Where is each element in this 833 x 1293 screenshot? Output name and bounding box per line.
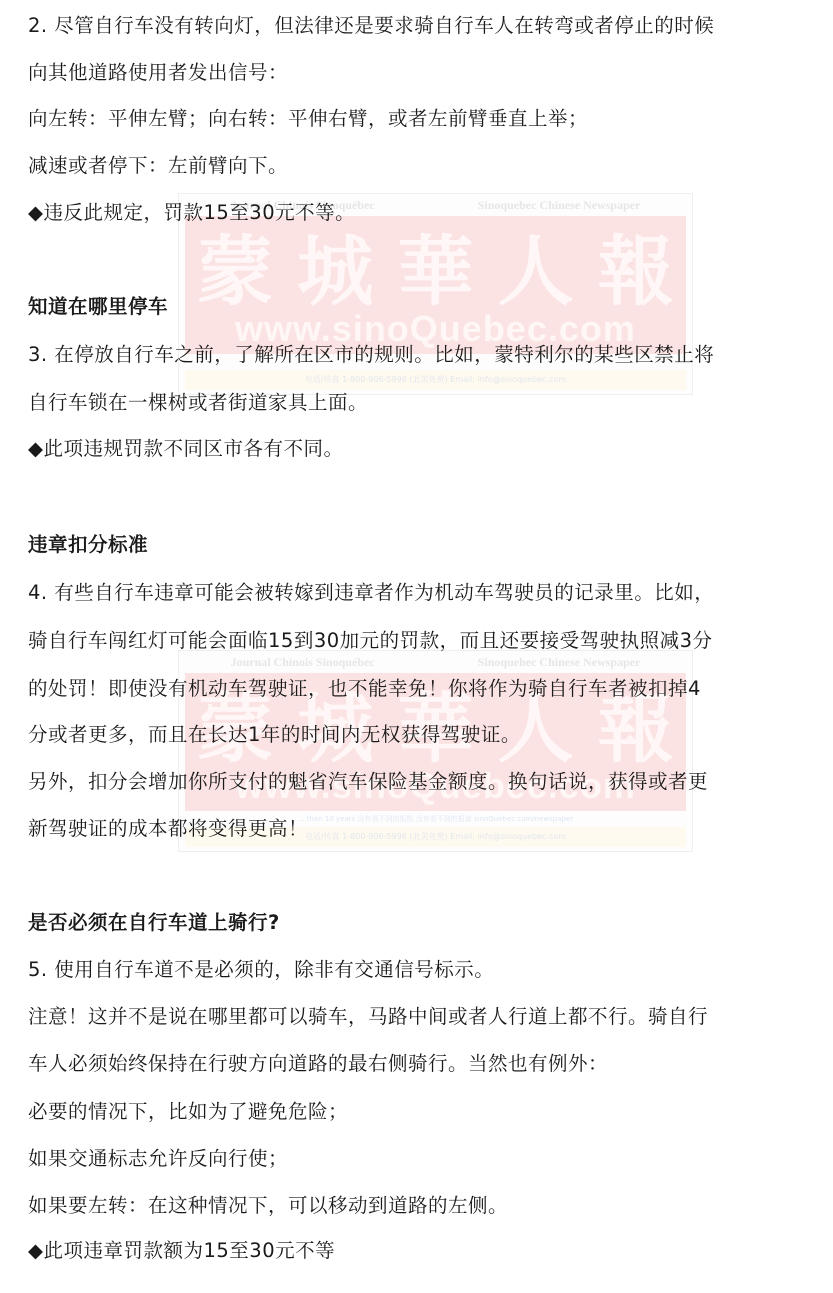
paragraph-line: 4. 有些自行车违章可能会被转嫁到违章者作为机动车驾驶员的记录里。比如， xyxy=(28,580,714,606)
watermark-logo-band: 蒙 城 華 人 報 www.sinoQuebec.com xyxy=(185,216,686,354)
watermark-char: 城 xyxy=(297,211,373,320)
paragraph-line: 骑自行车闯红灯可能会面临15到30加元的罚款，而且还要接受驾驶执照减3分 xyxy=(28,628,713,654)
paragraph-line: 新驾驶证的成本都将变得更高！ xyxy=(28,816,308,842)
paragraph-line: 3. 在停放自行车之前，了解所在区市的规则。比如，蒙特利尔的某些区禁止将 xyxy=(28,342,714,368)
paragraph-line: 注意！这并不是说在哪里都可以骑车，马路中间或者人行道上都不行。骑自行 xyxy=(28,1004,708,1030)
watermark-contact-line: 电话/传真 1-800-906-5996 (北美免费) Email: info@… xyxy=(185,370,686,390)
paragraph-line: 如果要左转：在这种情况下，可以移动到道路的左侧。 xyxy=(28,1193,508,1219)
section-heading-demerit-points: 违章扣分标准 xyxy=(28,532,148,558)
paragraph-line: 如果交通标志允许反向行使； xyxy=(28,1146,288,1172)
paragraph-line: 5. 使用自行车道不是必须的，除非有交通信号标示。 xyxy=(28,957,494,983)
watermark-char: 華 xyxy=(397,211,473,320)
fine-note: ◆违反此规定，罚款15至30元不等。 xyxy=(28,200,355,226)
paragraph-line: 车人必须始终保持在行驶方向道路的最右侧骑行。当然也有例外： xyxy=(28,1051,608,1077)
paragraph-line: 2. 尽管自行车没有转向灯，但法律还是要求骑自行车人在转弯或者停止的时候 xyxy=(28,13,714,39)
section-heading-parking: 知道在哪里停车 xyxy=(28,294,168,320)
watermark-char: 蒙 xyxy=(197,211,273,320)
watermark-char: 報 xyxy=(598,211,674,320)
paragraph-line: 自行车锁在一棵树或者街道家具上面。 xyxy=(28,390,368,416)
paragraph-line: 分或者更多，而且在长达1年的时间内无权获得驾驶证。 xyxy=(28,722,521,748)
paragraph-line: 减速或者停下：左前臂向下。 xyxy=(28,153,288,179)
paragraph-line: 的处罚！即使没有机动车驾驶证，也不能幸免！你将作为骑自行车者被扣掉4 xyxy=(28,676,701,702)
paragraph-line: 另外，扣分会增加你所支付的魁省汽车保险基金额度。换句话说，获得或者更 xyxy=(28,769,708,795)
fine-note: ◆此项违规罚款不同区市各有不同。 xyxy=(28,436,344,462)
paragraph-line: 必要的情况下，比如为了避免危险； xyxy=(28,1099,348,1125)
watermark-logo-chars: 蒙 城 華 人 報 xyxy=(185,220,686,310)
watermark-char: 人 xyxy=(498,211,574,320)
section-heading-bike-lane: 是否必须在自行车道上骑行? xyxy=(28,910,280,936)
paragraph-line: 向左转：平伸左臂；向右转：平伸右臂，或者左前臂垂直上举； xyxy=(28,106,588,132)
fine-note: ◆此项违章罚款额为15至30元不等 xyxy=(28,1238,335,1264)
paragraph-line: 向其他道路使用者发出信号： xyxy=(28,60,288,86)
